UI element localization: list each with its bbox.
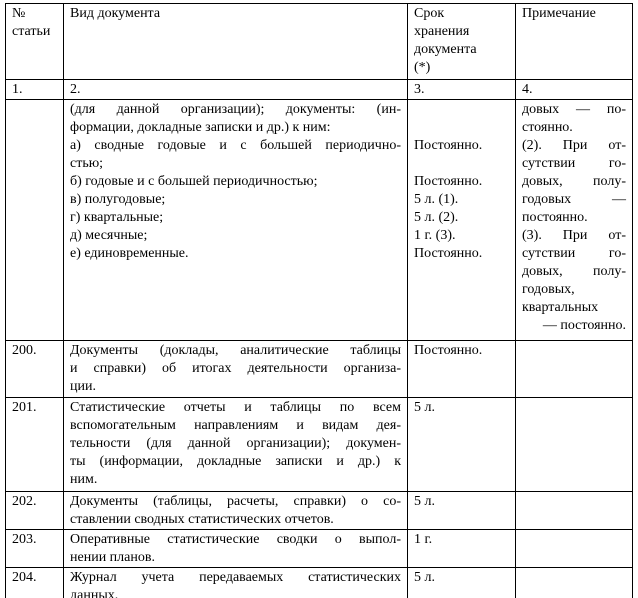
text-line: Документы (таблицы, расчеты, справки) о …	[70, 493, 401, 511]
article-number-cell: 204.	[6, 568, 64, 598]
header-term-line: документа	[414, 41, 509, 59]
header-article-number: № статьи	[6, 4, 64, 80]
text-line: тельности (для данной организации); доку…	[70, 435, 401, 453]
text-line: а) сводные годовые и с большей периодичн…	[70, 137, 401, 155]
text-line: ставлении сводных статистических отчетов…	[70, 511, 401, 529]
text-line: г) квартальные;	[70, 209, 401, 227]
retention-term-cell: 5 л.	[408, 492, 516, 530]
document-type-cell: Журнал учета передаваемых статистических…	[64, 568, 408, 598]
document-type-cell: Оперативные статистические сводки о выпо…	[64, 530, 408, 568]
table-row: 204. Журнал учета передаваемых статистич…	[6, 568, 633, 598]
text-line: сутствии го-	[522, 155, 626, 173]
retention-term-cell: 5 л.	[408, 398, 516, 492]
retention-term-cell: 1 г.	[408, 530, 516, 568]
header-number-sign: №	[12, 5, 57, 23]
column-number-4: 4.	[516, 80, 633, 100]
document-type-cell: Статистические отчеты и таблицы по всемв…	[64, 398, 408, 492]
table-header-row: № статьи Вид документа Срок хранения док…	[6, 4, 633, 80]
retention-term-cell: 5 л.	[408, 568, 516, 598]
article-number-cell: 203.	[6, 530, 64, 568]
note-cell	[516, 492, 633, 530]
header-note-label: Примечание	[522, 6, 596, 21]
text-line: ции.	[70, 378, 401, 396]
text-line: довых — по-	[522, 101, 626, 119]
article-number-cell: 200.	[6, 341, 64, 398]
header-document-type: Вид документа	[64, 4, 408, 80]
text-line: Статистические отчеты и таблицы по всем	[70, 399, 401, 417]
text-line: (3). При от-	[522, 227, 626, 245]
text-line: е) единовременные.	[70, 245, 401, 263]
column-number-2: 2.	[64, 80, 408, 100]
text-line: Журнал учета передаваемых статистических	[70, 569, 401, 587]
text-line: постоянно.	[522, 209, 626, 227]
text-line: стоянно.	[522, 119, 626, 137]
text-line: довых, полу-	[522, 173, 626, 191]
table-row: 201. Статистические отчеты и таблицы по …	[6, 398, 633, 492]
text-line: и справки) об итогах деятельности органи…	[70, 360, 401, 378]
document-type-cell: Документы (доклады, аналитические таблиц…	[64, 341, 408, 398]
text-line: квартальных	[522, 299, 626, 317]
column-number-1: 1.	[6, 80, 64, 100]
document-type-cell: (для данной организации); документы: (ин…	[64, 100, 408, 341]
column-number-3: 3.	[408, 80, 516, 100]
text-line: нении планов.	[70, 549, 401, 567]
note-cell	[516, 568, 633, 598]
text-line: Документы (доклады, аналитические таблиц…	[70, 342, 401, 360]
text-line	[414, 155, 509, 173]
text-line	[414, 119, 509, 137]
retention-term-cell: Постоянно.Постоянно.5 л. (1).5 л. (2).1 …	[408, 100, 516, 341]
text-line	[414, 101, 509, 119]
article-number-cell: 202.	[6, 492, 64, 530]
header-note: Примечание	[516, 4, 633, 80]
note-cell	[516, 341, 633, 398]
header-term-line: (*)	[414, 59, 509, 77]
text-line: Постоянно.	[414, 245, 509, 263]
table-row: 202. Документы (таблицы, расчеты, справк…	[6, 492, 633, 530]
text-line: годовых —	[522, 191, 626, 209]
table-row: (для данной организации); документы: (ин…	[6, 100, 633, 341]
text-line: (2). При от-	[522, 137, 626, 155]
note-cell: довых — по-стоянно.(2). При от-сутствии …	[516, 100, 633, 341]
text-line: ним.	[70, 471, 401, 489]
retention-schedule-table: № статьи Вид документа Срок хранения док…	[5, 3, 633, 598]
text-line: д) месячные;	[70, 227, 401, 245]
header-retention-term: Срок хранения документа (*)	[408, 4, 516, 80]
header-term-line: Срок	[414, 5, 509, 23]
text-line: б) годовые и с большей периодичностью;	[70, 173, 401, 191]
text-line: данных.	[70, 587, 401, 598]
text-line: 1 г. (3).	[414, 227, 509, 245]
note-cell	[516, 398, 633, 492]
article-number-cell: 201.	[6, 398, 64, 492]
text-line: 5 л. (1).	[414, 191, 509, 209]
text-line: в) полугодовые;	[70, 191, 401, 209]
text-line: вспомогательным направлениям и видам дея…	[70, 417, 401, 435]
text-line: (для данной организации); документы: (ин…	[70, 101, 401, 119]
table-row: 203. Оперативные статистические сводки о…	[6, 530, 633, 568]
article-number-cell	[6, 100, 64, 341]
column-numbering-row: 1. 2. 3. 4.	[6, 80, 633, 100]
retention-term-cell: Постоянно.	[408, 341, 516, 398]
header-term-line: хранения	[414, 23, 509, 41]
note-cell	[516, 530, 633, 568]
text-line: ты (информации, докладные записки и др.)…	[70, 453, 401, 471]
text-line: сутствии го-	[522, 245, 626, 263]
text-line: Оперативные статистические сводки о выпо…	[70, 531, 401, 549]
text-line: стью;	[70, 155, 401, 173]
header-document-type-label: Вид документа	[70, 6, 160, 21]
table-row: 200. Документы (доклады, аналитические т…	[6, 341, 633, 398]
text-line: Постоянно.	[414, 173, 509, 191]
header-article-word: статьи	[12, 23, 57, 41]
text-line: формации, докладные записки и др.) к ним…	[70, 119, 401, 137]
text-line: довых, полу-	[522, 263, 626, 281]
text-line: — постоянно.	[522, 317, 626, 335]
text-line: годовых,	[522, 281, 626, 299]
text-line: 5 л. (2).	[414, 209, 509, 227]
document-type-cell: Документы (таблицы, расчеты, справки) о …	[64, 492, 408, 530]
text-line: Постоянно.	[414, 137, 509, 155]
